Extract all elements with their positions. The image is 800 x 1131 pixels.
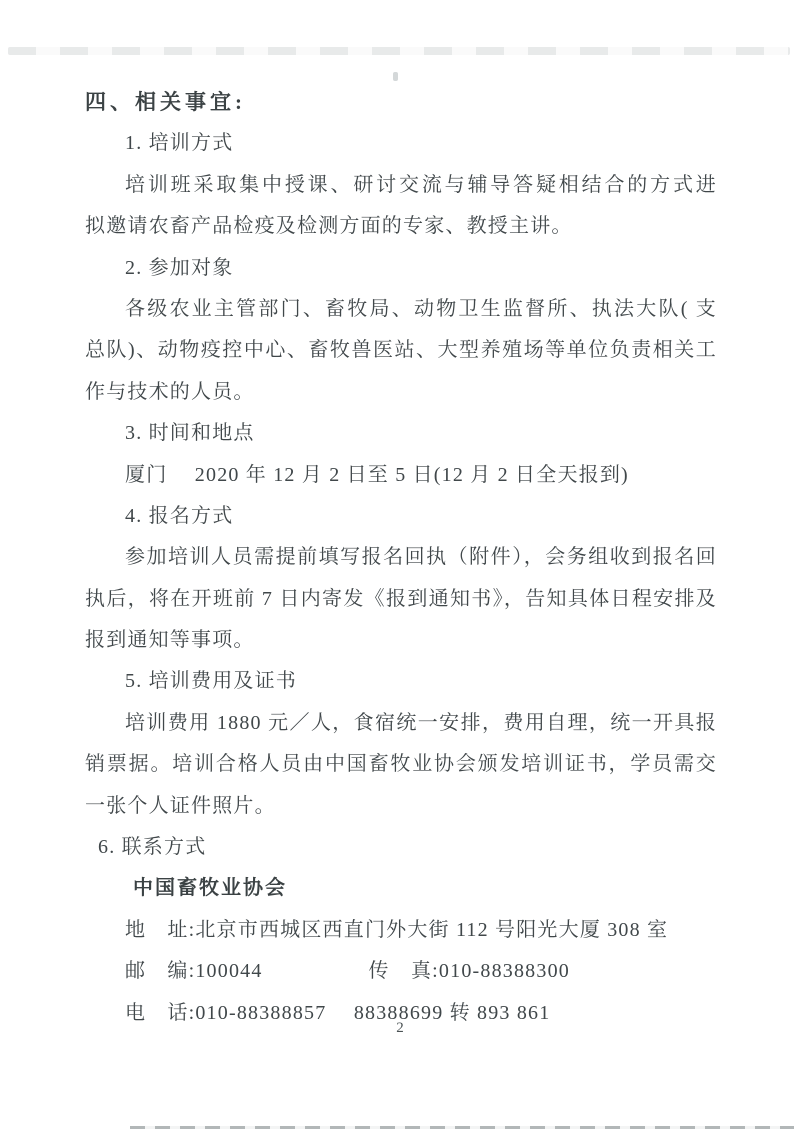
paragraph-line: 作与技术的人员。 [85,372,717,413]
scan-artifact-top-band [8,47,790,55]
paragraph-line: 培训班采取集中授课、研讨交流与辅导答疑相结合的方式进行， [85,165,717,206]
scan-artifact-speck [393,72,398,81]
paragraph-line: 销票据。培训合格人员由中国畜牧业协会颁发培训证书，学员需交 [85,744,717,785]
paragraph-line: 执后，将在开班前 7 日内寄发《报到通知书》，告知具体日程安排及 [85,579,717,620]
item-3-title: 3. 时间和地点 [85,413,717,454]
paragraph-line: 总队)、动物疫控中心、畜牧兽医站、大型养殖场等单位负责相关工 [85,330,717,371]
document-page: 四、相关事宜: 1. 培训方式 培训班采取集中授课、研讨交流与辅导答疑相结合的方… [0,0,800,1131]
item-5-title: 5. 培训费用及证书 [85,661,717,702]
document-body: 四、相关事宜: 1. 培训方式 培训班采取集中授课、研讨交流与辅导答疑相结合的方… [85,82,717,1034]
scan-artifact-bottom-edge [130,1126,794,1129]
paragraph-line: 各级农业主管部门、畜牧局、动物卫生监督所、执法大队( 支队、 [85,289,717,330]
postal-fax-line: 邮 编:100044 传 真:010-88388300 [85,951,717,992]
paragraph-line: 参加培训人员需提前填写报名回执（附件），会务组收到报名回 [85,537,717,578]
paragraph-line: 一张个人证件照片。 [85,786,717,827]
org-name: 中国畜牧业协会 [85,868,717,909]
page-number: 2 [0,1020,800,1037]
address-line: 地 址:北京市西城区西直门外大街 112 号阳光大厦 308 室 [85,910,717,951]
item-6-title: 6. 联系方式 [85,827,717,868]
paragraph-line: 报到通知等事项。 [85,620,717,661]
schedule-line: 厦门 2020 年 12 月 2 日至 5 日(12 月 2 日全天报到) [85,455,717,496]
item-1-title: 1. 培训方式 [85,123,717,164]
paragraph-line: 拟邀请农畜产品检疫及检测方面的专家、教授主讲。 [85,206,717,247]
item-2-title: 2. 参加对象 [85,248,717,289]
item-4-title: 4. 报名方式 [85,496,717,537]
section-heading: 四、相关事宜: [85,82,717,123]
paragraph-line: 培训费用 1880 元／人，食宿统一安排，费用自理，统一开具报 [85,703,717,744]
